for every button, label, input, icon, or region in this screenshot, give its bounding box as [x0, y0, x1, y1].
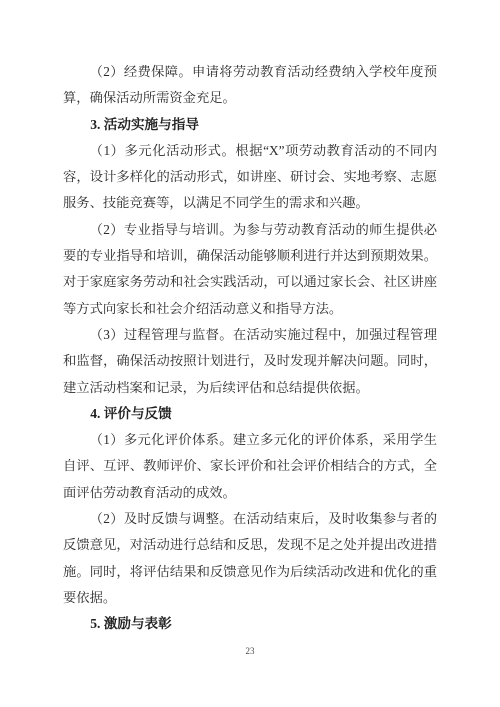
- paragraph-funding-guarantee: （2）经费保障。申请将劳动教育活动经费纳入学校年度预算，确保活动所需资金充足。: [63, 59, 437, 112]
- paragraph-professional-guidance-training: （2）专业指导与培训。为参与劳动教育活动的师生提供必要的专业指导和培训，确保活动…: [63, 217, 437, 322]
- document-page: （2）经费保障。申请将劳动教育活动经费纳入学校年度预算，确保活动所需资金充足。 …: [0, 0, 500, 707]
- paragraph-process-management-supervision: （3）过程管理与监督。在活动实施过程中，加强过程管理和监督，确保活动按照计划进行…: [63, 322, 437, 401]
- section-heading-implementation-guidance: 3. 活动实施与指导: [63, 112, 437, 138]
- paragraph-diverse-evaluation-system: （1）多元化评价体系。建立多元化的评价体系，采用学生自评、互评、教师评价、家长评…: [63, 427, 437, 506]
- section-heading-evaluation-feedback: 4. 评价与反馈: [63, 401, 437, 427]
- section-heading-incentives-recognition: 5. 激励与表彰: [63, 611, 437, 637]
- page-number: 23: [0, 644, 500, 658]
- paragraph-timely-feedback-adjustment: （2）及时反馈与调整。在活动结束后，及时收集参与者的反馈意见，对活动进行总结和反…: [63, 506, 437, 611]
- paragraph-diverse-activity-forms: （1）多元化活动形式。根据“X”项劳动教育活动的不同内容，设计多样化的活动形式，…: [63, 138, 437, 217]
